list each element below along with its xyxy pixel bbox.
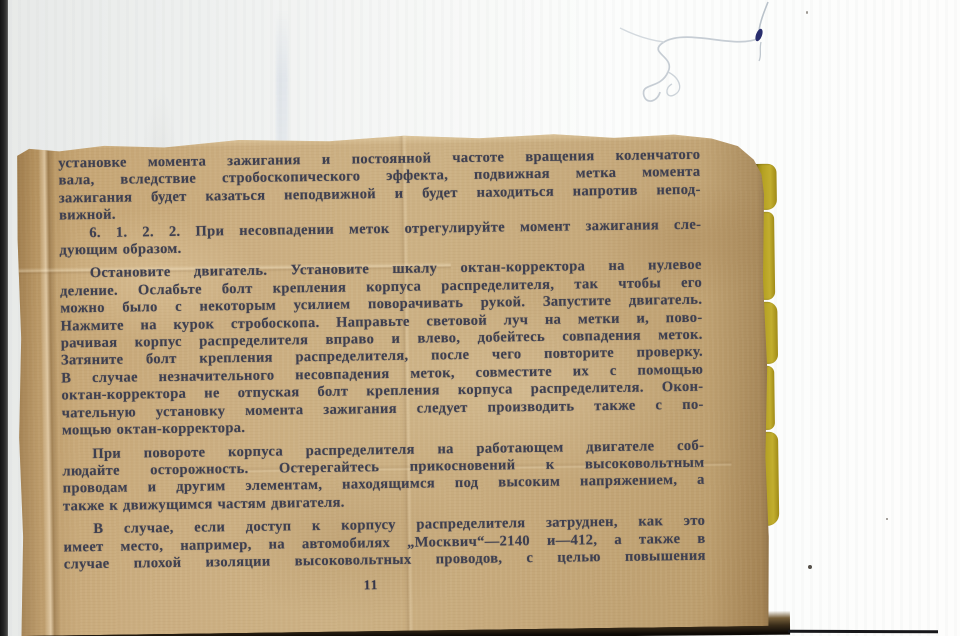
dust-speck <box>808 565 812 569</box>
scan-artifact-line <box>788 630 938 634</box>
page-number: 11 <box>50 572 692 598</box>
paper-crease <box>38 140 61 636</box>
scan-left-edge <box>0 0 8 636</box>
thread-artifact <box>618 0 808 120</box>
dust-speck <box>806 11 808 14</box>
book-page: установке момента зажигания и постоянной… <box>14 130 771 636</box>
dust-speck <box>886 518 888 520</box>
page-text: установке момента зажигания и постоянной… <box>58 147 706 598</box>
text-lines: установке момента зажигания и постоянной… <box>58 147 706 574</box>
scanned-page-wrap: установке момента зажигания и постоянной… <box>14 130 785 636</box>
